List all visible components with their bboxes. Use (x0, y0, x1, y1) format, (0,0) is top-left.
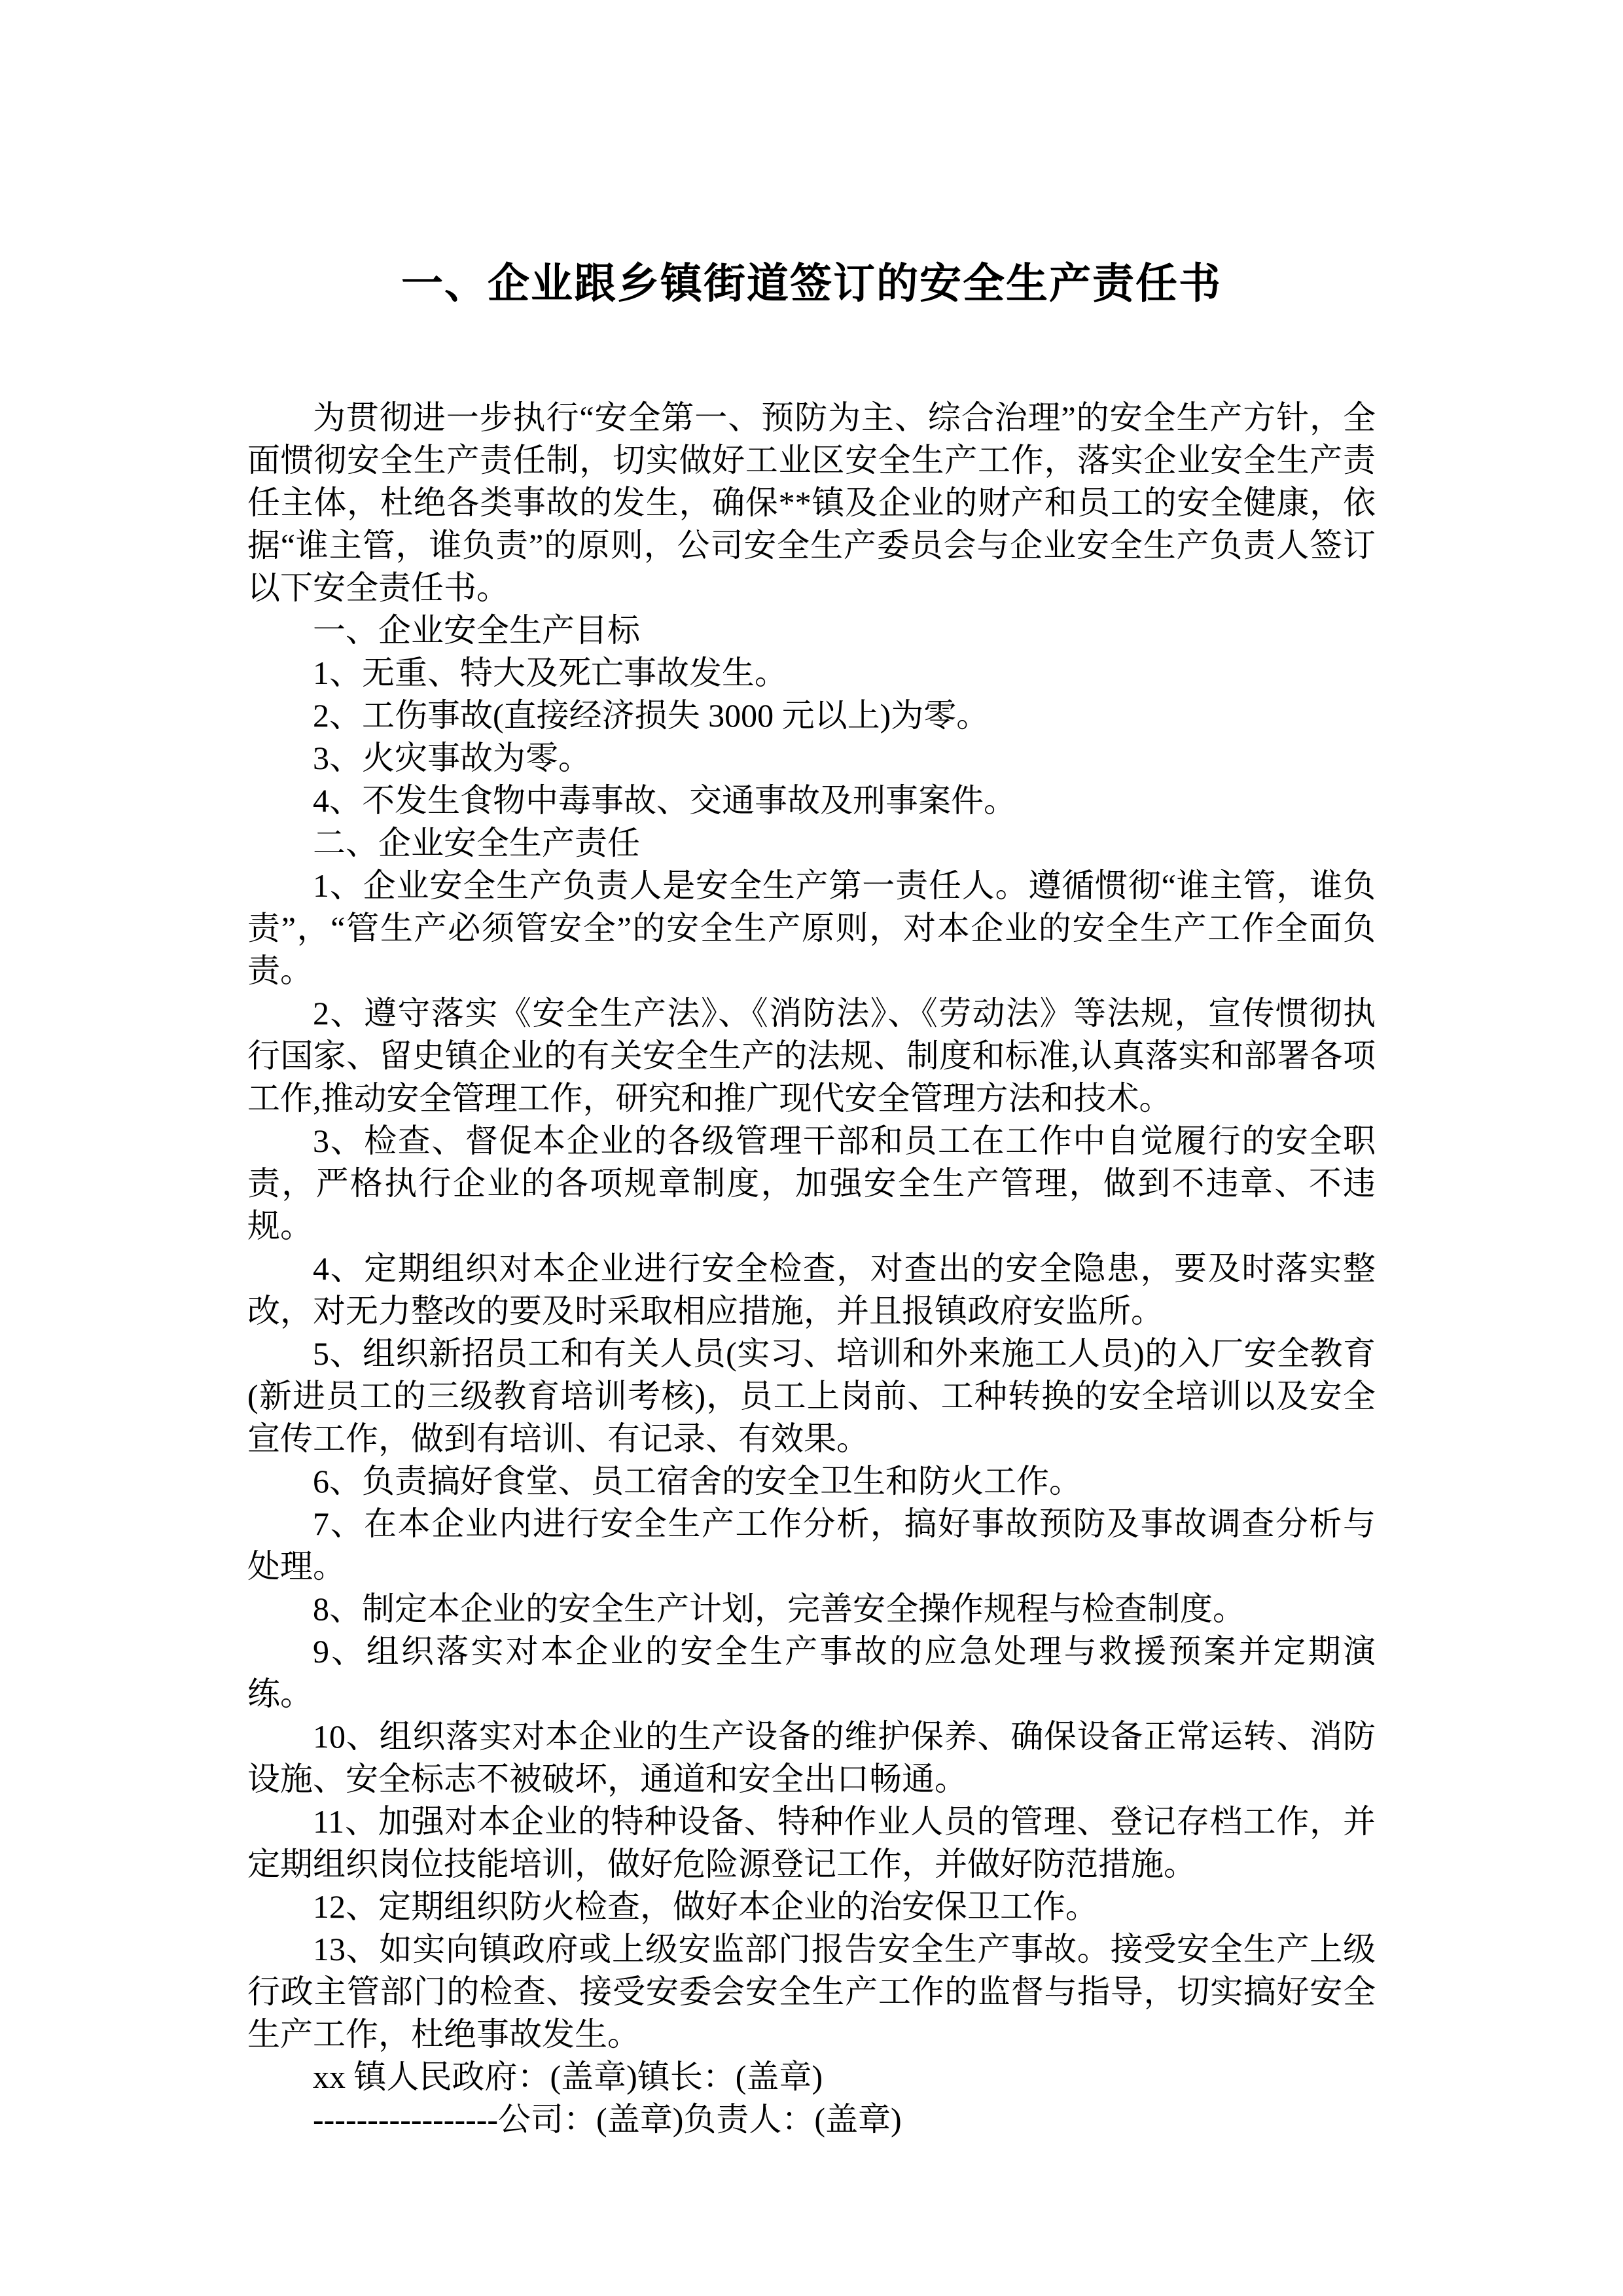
goal-item-3: 3、火灾事故为零。 (247, 737, 1376, 780)
duty-item-5: 5、组织新招员工和有关人员(实习、培训和外来施工人员)的入厂安全教育(新进员工的… (247, 1333, 1376, 1460)
signature-line-government: xx 镇人民政府：(盖章)镇长：(盖章) (247, 2056, 1376, 2098)
duty-item-7: 7、在本企业内进行安全生产工作分析，搞好事故预防及事故调查分析与处理。 (247, 1503, 1376, 1588)
document-body: 为贯彻进一步执行“安全第一、预防为主、综合治理”的安全生产方针，全面惯彻安全生产… (247, 397, 1376, 2141)
duty-item-10: 10、组织落实对本企业的生产设备的维护保养、确保设备正常运转、消防设施、安全标志… (247, 1715, 1376, 1801)
duty-item-9: 9、组织落实对本企业的安全生产事故的应急处理与救援预案并定期演练。 (247, 1630, 1376, 1715)
document-page: 一、企业跟乡镇街道签订的安全生产责任书 为贯彻进一步执行“安全第一、预防为主、综… (0, 0, 1623, 2296)
duty-item-13: 13、如实向镇政府或上级安监部门报告安全生产事故。接受安全生产上级行政主管部门的… (247, 1928, 1376, 2056)
goal-item-4: 4、不发生食物中毒事故、交通事故及刑事案件。 (247, 780, 1376, 822)
document-title: 一、企业跟乡镇街道签订的安全生产责任书 (247, 257, 1376, 312)
duty-item-6: 6、负责搞好食堂、员工宿舍的安全卫生和防火工作。 (247, 1460, 1376, 1503)
duty-item-12: 12、定期组织防火检查，做好本企业的治安保卫工作。 (247, 1886, 1376, 1928)
duty-item-1: 1、企业安全生产负责人是安全生产第一责任人。遵循惯彻“谁主管，谁负责”，“管生产… (247, 865, 1376, 992)
paragraph-intro: 为贯彻进一步执行“安全第一、预防为主、综合治理”的安全生产方针，全面惯彻安全生产… (247, 397, 1376, 609)
section-1-heading: 一、企业安全生产目标 (247, 609, 1376, 652)
duty-item-11: 11、加强对本企业的特种设备、特种作业人员的管理、登记存档工作，并定期组织岗位技… (247, 1801, 1376, 1886)
signature-line-company: -----------------公司：(盖章)负责人：(盖章) (247, 2098, 1376, 2141)
duty-item-8: 8、制定本企业的安全生产计划，完善安全操作规程与检查制度。 (247, 1588, 1376, 1630)
duty-item-4: 4、定期组织对本企业进行安全检查，对查出的安全隐患，要及时落实整改，对无力整改的… (247, 1247, 1376, 1333)
goal-item-1: 1、无重、特大及死亡事故发生。 (247, 652, 1376, 694)
duty-item-3: 3、检查、督促本企业的各级管理干部和员工在工作中自觉履行的安全职责，严格执行企业… (247, 1120, 1376, 1247)
section-2-heading: 二、企业安全生产责任 (247, 822, 1376, 865)
goal-item-2: 2、工伤事故(直接经济损失 3000 元以上)为零。 (247, 694, 1376, 737)
duty-item-2: 2、遵守落实《安全生产法》、《消防法》、《劳动法》等法规，宣传惯彻执行国家、留史… (247, 992, 1376, 1120)
